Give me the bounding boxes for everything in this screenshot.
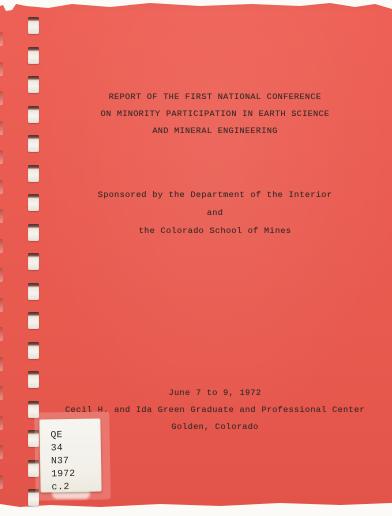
- sponsor-line-2: and: [38, 204, 392, 222]
- call-number-line-5: c.2: [51, 479, 101, 493]
- binding-hole: [28, 47, 39, 64]
- binding-edge-mark: [0, 327, 3, 341]
- binding-edge-mark: [0, 268, 3, 282]
- call-number-line-3: N37: [51, 453, 101, 467]
- binding-edge-mark: [0, 121, 3, 135]
- sponsor-text: Sponsored by the Department of the Inter…: [38, 186, 392, 240]
- sponsor-line-3: the Colorado School of Mines: [38, 222, 392, 240]
- binding-hole: [28, 106, 39, 123]
- binding-hole: [28, 283, 39, 300]
- call-number-line-4: 1972: [51, 466, 101, 480]
- scanned-report-cover: REPORT OF THE FIRST NATIONAL CONFERENCE …: [0, 0, 392, 516]
- binding-edge-mark: [0, 416, 3, 430]
- binding-edge-mark: [0, 357, 3, 371]
- call-number-label: QE 34 N37 1972 c.2: [39, 418, 101, 492]
- binding-hole: [28, 165, 39, 182]
- binding-edge-mark: [0, 386, 3, 400]
- binding-edge-mark: [0, 445, 3, 459]
- binding-hole: [28, 76, 39, 93]
- binding-hole: [28, 194, 39, 211]
- binding-edge-mark: [0, 91, 3, 105]
- binding-edge-mark: [0, 150, 3, 164]
- binding-edge-mark: [0, 209, 3, 223]
- binding-hole: [28, 224, 39, 241]
- binding-hole: [28, 253, 39, 270]
- binding-hole: [28, 135, 39, 152]
- call-number-line-1: QE: [51, 427, 101, 441]
- binding-hole: [28, 312, 39, 329]
- binding-edge-mark: [0, 62, 3, 76]
- call-number-line-2: 34: [51, 440, 101, 454]
- binding-edge-mark: [0, 32, 3, 46]
- title-line-3: AND MINERAL ENGINEERING: [38, 123, 392, 140]
- binding-edge-mark: [0, 180, 3, 194]
- report-title: REPORT OF THE FIRST NATIONAL CONFERENCE …: [38, 89, 392, 139]
- title-line-2: ON MINORITY PARTICIPATION IN EARTH SCIEN…: [38, 106, 392, 123]
- binding-hole: [28, 342, 39, 359]
- sponsor-line-1: Sponsored by the Department of the Inter…: [38, 186, 392, 204]
- binding-hole: [28, 371, 39, 388]
- binding-edge-mark: [0, 298, 3, 312]
- event-date: June 7 to 9, 1972: [38, 385, 392, 402]
- binding-edge-mark: [0, 475, 3, 489]
- binding-hole: [28, 17, 39, 34]
- binding-edge-mark: [0, 239, 3, 253]
- title-line-1: REPORT OF THE FIRST NATIONAL CONFERENCE: [38, 89, 392, 106]
